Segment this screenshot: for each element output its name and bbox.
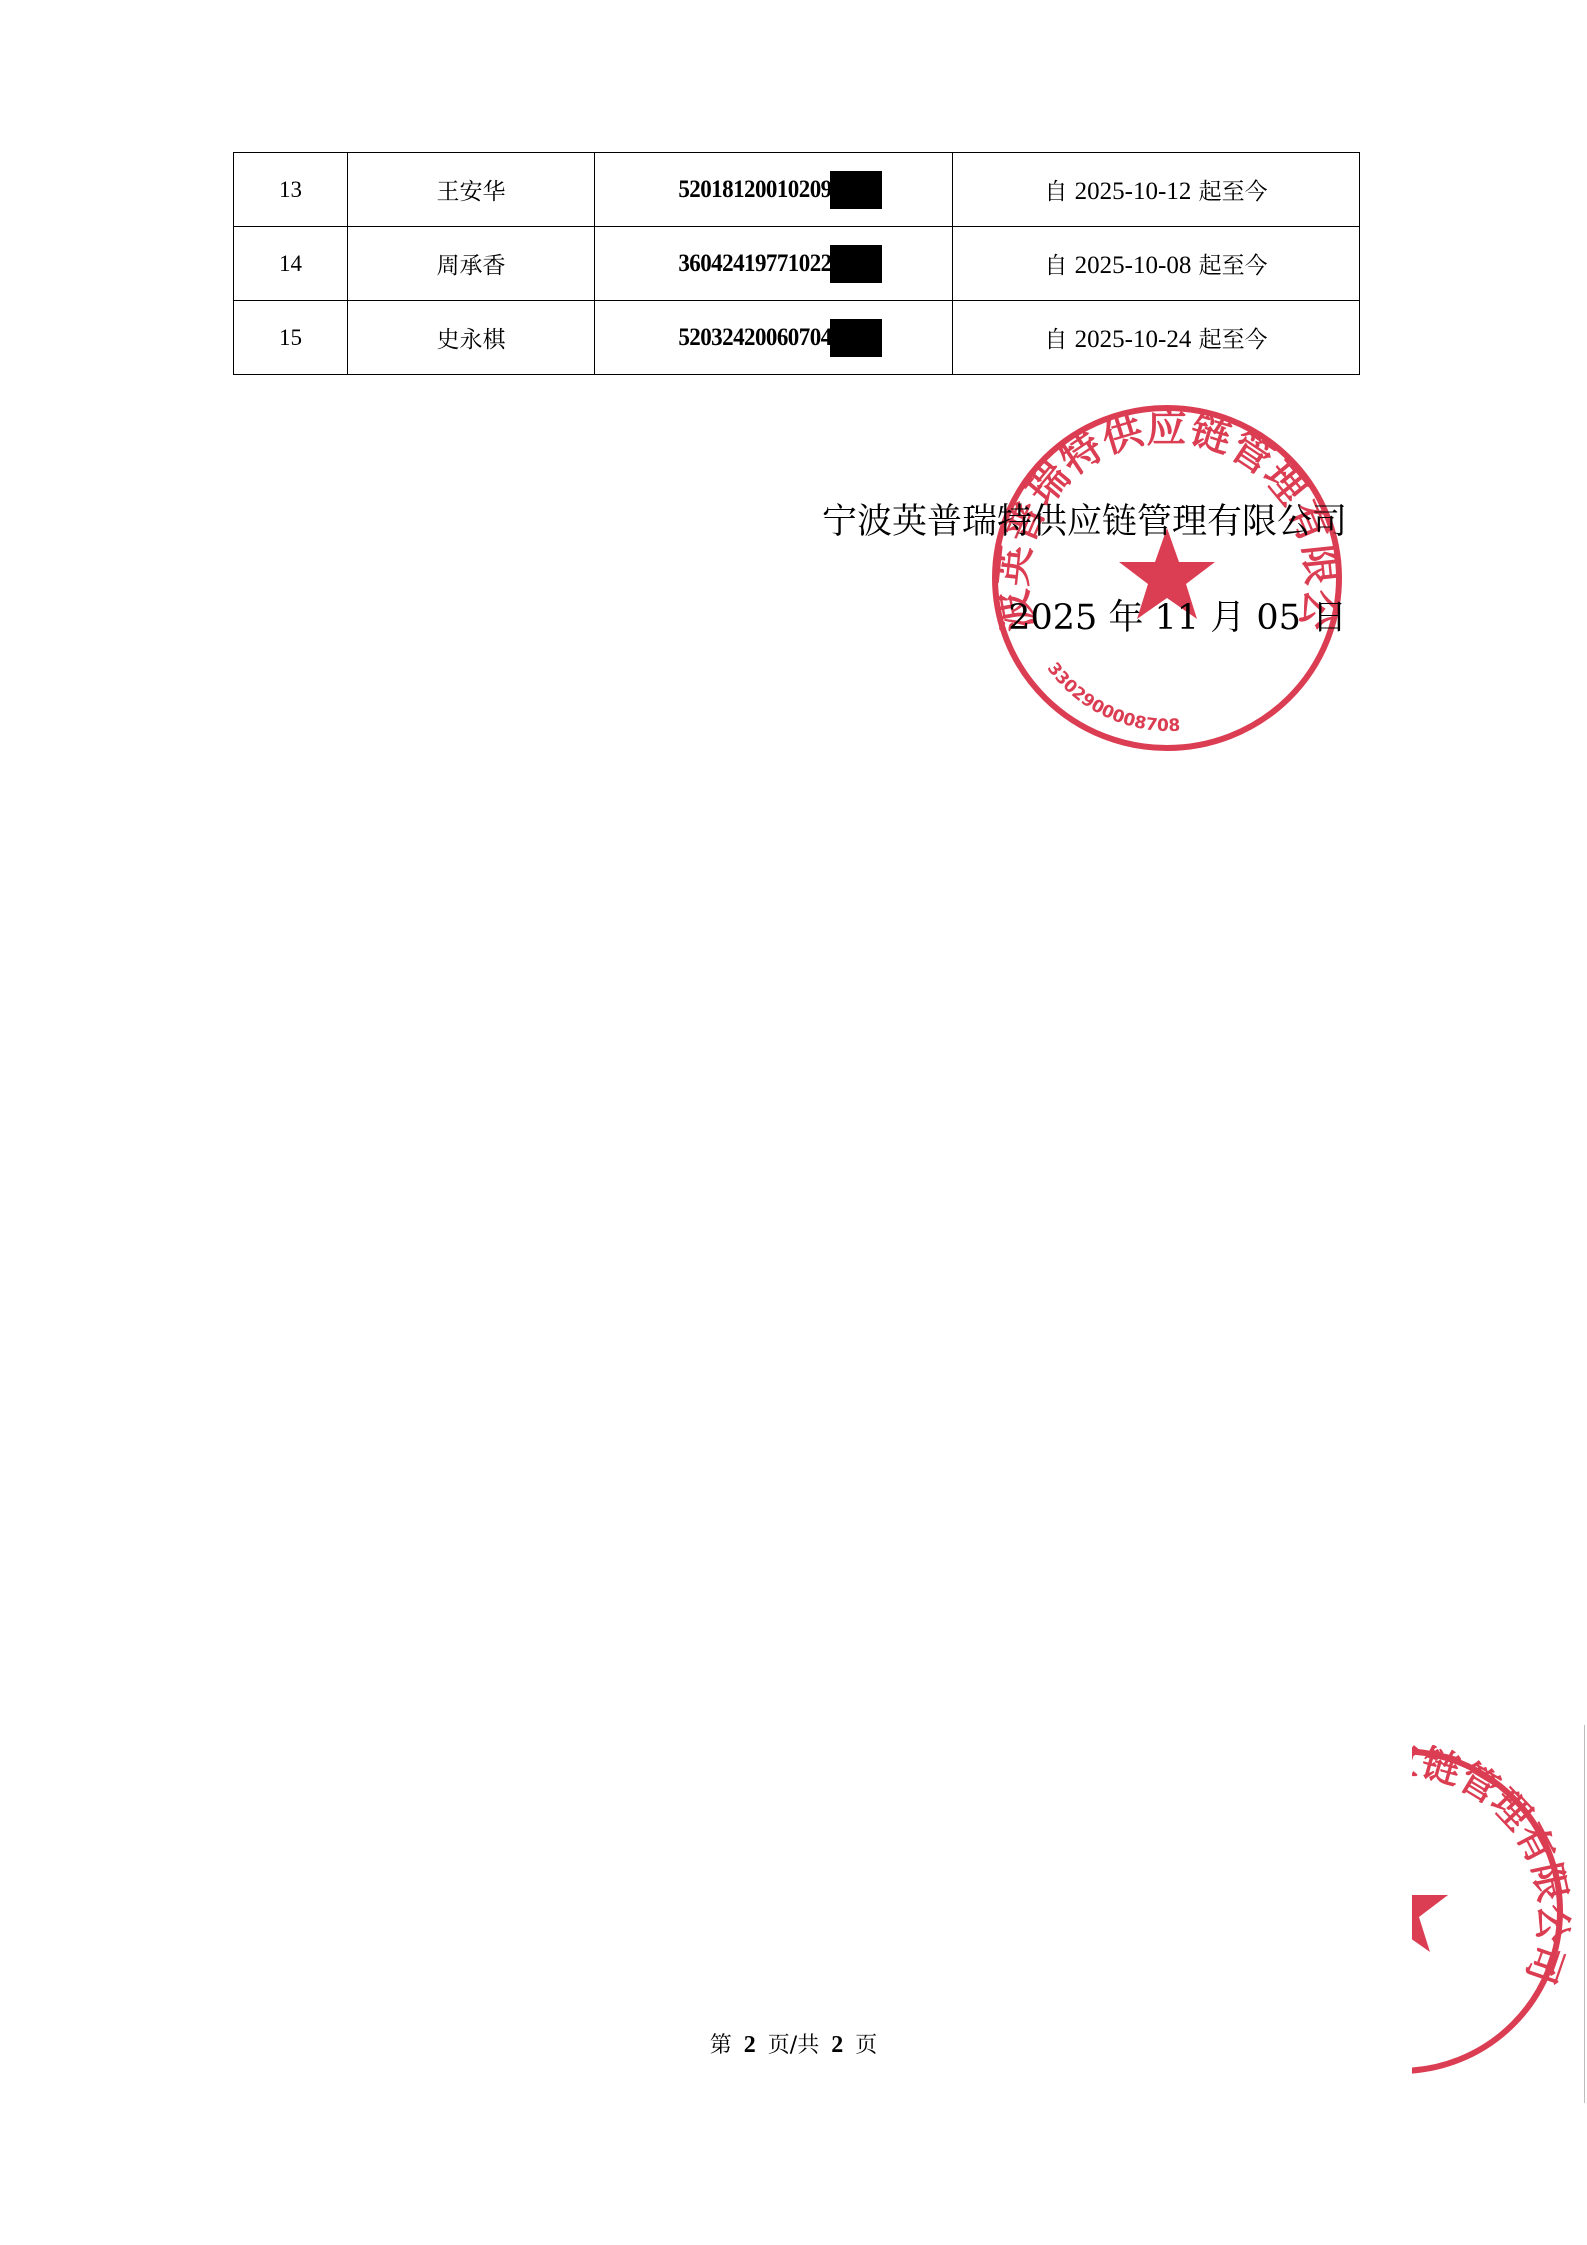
id-number-cell: 52018120010209 xyxy=(595,153,953,227)
redaction-block xyxy=(830,171,882,209)
table-row: 13 王安华 52018120010209 自 2025-10-12 起至今 xyxy=(234,153,1360,227)
redaction-block xyxy=(830,319,882,357)
id-number-cell: 36042419771022 xyxy=(595,227,953,301)
page-footer: 第2页/共2页 xyxy=(0,2028,1587,2059)
redaction-block xyxy=(830,245,882,283)
employment-period: 自 2025-10-08 起至今 xyxy=(953,227,1360,301)
table-row: 15 史永棋 52032420060704 自 2025-10-24 起至今 xyxy=(234,301,1360,375)
employee-name: 王安华 xyxy=(348,153,595,227)
row-index: 13 xyxy=(234,153,348,227)
row-index: 15 xyxy=(234,301,348,375)
row-index: 14 xyxy=(234,227,348,301)
employee-table: 13 王安华 52018120010209 自 2025-10-12 起至今 1… xyxy=(233,152,1360,375)
id-number: 52032420060704 xyxy=(678,324,831,352)
id-number-cell: 52032420060704 xyxy=(595,301,953,375)
svg-text:3302900008708: 3302900008708 xyxy=(1043,659,1181,736)
signature-date: 2025 年 11 月 05 日 xyxy=(1008,590,1347,640)
company-name: 宁波英普瑞特供应链管理有限公司 xyxy=(822,494,1347,544)
svg-text:宁波英普瑞特供应链管理有限公司: 宁波英普瑞特供应链管理有限公司 xyxy=(1412,1745,1576,1989)
current-page: 2 xyxy=(744,2032,756,2058)
id-number: 36042419771022 xyxy=(678,250,831,278)
total-pages: 2 xyxy=(831,2032,843,2058)
company-seal-icon: 宁波英普瑞特供应链管理有限公司 3302900008708 xyxy=(987,402,1347,754)
employee-name: 史永棋 xyxy=(348,301,595,375)
employment-period: 自 2025-10-24 起至今 xyxy=(953,301,1360,375)
employment-period: 自 2025-10-12 起至今 xyxy=(953,153,1360,227)
table-row: 14 周承香 36042419771022 自 2025-10-08 起至今 xyxy=(234,227,1360,301)
employee-name: 周承香 xyxy=(348,227,595,301)
id-number: 52018120010209 xyxy=(678,176,831,204)
